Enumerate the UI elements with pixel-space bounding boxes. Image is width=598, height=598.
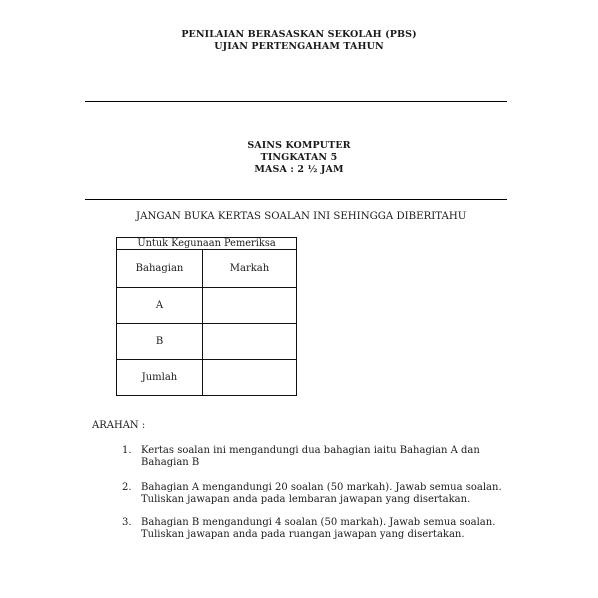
subject-name: SAINS KOMPUTER bbox=[0, 140, 598, 152]
table-row: B bbox=[117, 324, 297, 360]
instructions-title: ARAHAN : bbox=[92, 420, 145, 431]
divider-top bbox=[85, 101, 507, 102]
column-header-section: Bahagian bbox=[117, 250, 203, 288]
subject-level: TINGKATAN 5 bbox=[0, 152, 598, 164]
table-row: A bbox=[117, 288, 297, 324]
instruction-text: Bahagian B mengandungi 4 soalan (50 mark… bbox=[141, 517, 521, 541]
section-label: A bbox=[117, 288, 203, 324]
column-header-marks: Markah bbox=[203, 250, 297, 288]
exam-header-subtitle: UJIAN PERTENGAHAM TAHUN bbox=[0, 41, 598, 53]
total-label: Jumlah bbox=[117, 360, 203, 396]
instruction-text: Bahagian A mengandungi 20 soalan (50 mar… bbox=[141, 482, 521, 506]
table-row: Jumlah bbox=[117, 360, 297, 396]
marks-cell[interactable] bbox=[203, 324, 297, 360]
exam-header-title: PENILAIAN BERASASKAN SEKOLAH (PBS) bbox=[0, 29, 598, 41]
marks-table-caption: Untuk Kegunaan Pemeriksa bbox=[117, 238, 297, 250]
divider-bottom bbox=[85, 199, 507, 200]
exam-duration: MASA : 2 ½ JAM bbox=[0, 164, 598, 176]
total-marks-cell[interactable] bbox=[203, 360, 297, 396]
instruction-number: 1. bbox=[122, 445, 138, 457]
section-label: B bbox=[117, 324, 203, 360]
instruction-text: Kertas soalan ini mengandungi dua bahagi… bbox=[141, 445, 521, 469]
examiner-marks-table: Untuk Kegunaan Pemeriksa Bahagian Markah… bbox=[116, 237, 297, 396]
instruction-number: 3. bbox=[122, 517, 138, 529]
exam-warning: JANGAN BUKA KERTAS SOALAN INI SEHINGGA D… bbox=[136, 211, 466, 222]
marks-cell[interactable] bbox=[203, 288, 297, 324]
instruction-number: 2. bbox=[122, 482, 138, 494]
